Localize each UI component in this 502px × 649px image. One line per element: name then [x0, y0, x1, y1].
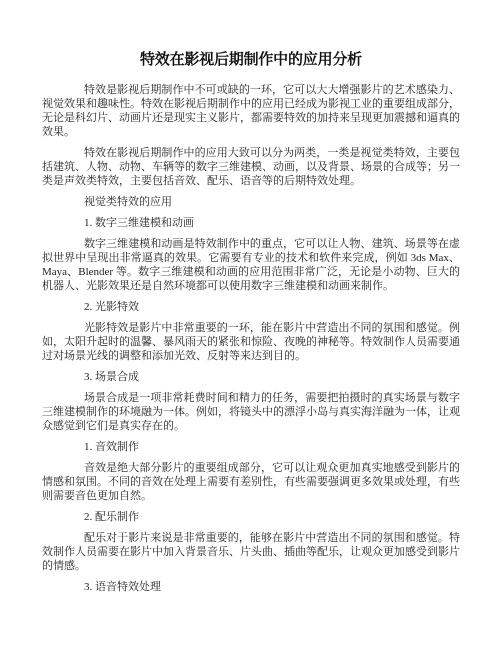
document-subheading: 2. 配乐制作 — [42, 510, 460, 524]
document-body: 特效是影视后期制作中不可或缺的一环，它可以大大增强影片的艺术感染力、视觉效果和趣… — [42, 83, 460, 594]
document-paragraph: 数字三维建模和动画是特效制作中的重点，它可以让人物、建筑、场景等在虚拟世界中呈现… — [42, 237, 460, 293]
document-paragraph: 场景合成是一项非常耗费时间和精力的任务，需要把拍摄时的真实场景与数字三维建模制作… — [42, 391, 460, 433]
document-paragraph: 音效是绝大部分影片的重要组成部分，它可以让观众更加真实地感受到影片的情感和氛围。… — [42, 461, 460, 503]
document-paragraph: 配乐对于影片来说是非常重要的，能够在影片中营造出不同的氛围和感觉。特效制作人员需… — [42, 531, 460, 573]
document-paragraph: 光影特效是影片中非常重要的一环，能在影片中营造出不同的氛围和感觉。例如，太阳升起… — [42, 321, 460, 363]
document-paragraph: 特效在影视后期制作中的应用大致可以分为两类，一类是视觉类特效，主要包括建筑、人物… — [42, 146, 460, 188]
document-title: 特效在影视后期制作中的应用分析 — [42, 50, 460, 70]
document-paragraph: 特效是影视后期制作中不可或缺的一环，它可以大大增强影片的艺术感染力、视觉效果和趣… — [42, 83, 460, 139]
document-subheading: 2. 光影特效 — [42, 300, 460, 314]
document-subheading: 1. 数字三维建模和动画 — [42, 216, 460, 230]
document-subheading: 3. 场景合成 — [42, 370, 460, 384]
document-subheading: 1. 音效制作 — [42, 440, 460, 454]
document-subheading: 视觉类特效的应用 — [42, 195, 460, 209]
document-subheading: 3. 语音特效处理 — [42, 580, 460, 594]
document-page: 特效在影视后期制作中的应用分析 特效是影视后期制作中不可或缺的一环，它可以大大增… — [0, 0, 502, 649]
